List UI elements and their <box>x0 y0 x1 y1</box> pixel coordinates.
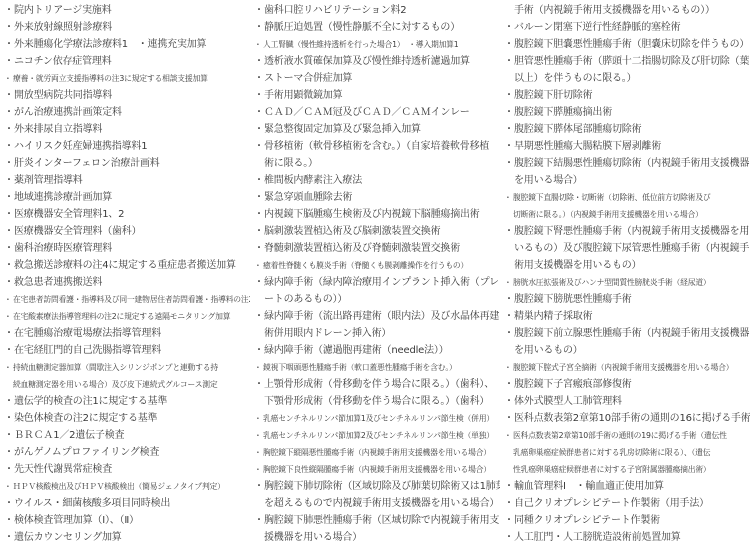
list-item-label: 術併用眼内ドレーン挿入術） <box>264 325 391 342</box>
list-item-label: 胸腔鏡下肺切除術（区域切除及び肺葉切除術又は1肺葉 <box>264 478 500 495</box>
list-item: ・医療機器安全管理料1、2 <box>4 206 250 223</box>
list-item-label: 医科点数表第2章第10部手術の通則の19に掲げる手術（遺伝性 <box>513 427 727 444</box>
list-item: 援機器を用いる場合） <box>254 529 500 544</box>
list-item-label: 胸腔鏡下肺悪性腫瘍手術（区域切除で内視鏡手術用支 <box>264 512 499 529</box>
bullet-icon: ・ <box>254 478 264 495</box>
list-item-label: ＢＲＣＡ1／2遺伝子検査 <box>14 427 124 444</box>
list-item-label: を超えるもので内視鏡手術用支援機器を用いる場合） <box>264 495 499 512</box>
bullet-icon: ・ <box>4 138 14 155</box>
bullet-icon: ・ <box>254 274 264 291</box>
list-item: ・在宅酸素療法指導管理料の注2に規定する遠隔モニタリング加算 <box>4 308 250 325</box>
list-item-label: 療養・就労両立支援指導料の注3に規定する相談支援加算 <box>13 70 208 87</box>
list-item-label: 医科点数表第2章第10部手術の通則の16に掲げる手術 <box>514 410 750 427</box>
list-item: ・緑内障手術（流出路再建術（眼内法）及び水晶体再建 <box>254 308 500 325</box>
list-item-label: 外来腫瘍化学療法診療料1 ・連携充実加算 <box>14 36 206 53</box>
bullet-icon: ・ <box>4 19 14 36</box>
list-item-label: 在宅酸素療法指導管理料の注2に規定する遠隔モニタリング加算 <box>13 308 230 325</box>
list-item: ・早期悪性腫瘍大腸粘膜下層剥離術 <box>504 138 750 155</box>
list-item-label: 続血糖測定器を用いる場合）及び皮下連続式グルコース測定 <box>13 376 218 393</box>
list-item-label: 外来放射線照射診療料 <box>14 19 112 36</box>
bullet-icon: ・ <box>4 393 14 410</box>
list-item-label: 腹腔鏡下肝切除術 <box>514 87 592 104</box>
bullet-icon: ・ <box>4 410 14 427</box>
list-item: ・腹腔鏡下膵体尾部腫瘍切除術 <box>504 121 750 138</box>
bullet-icon: ・ <box>254 512 264 529</box>
list-item: ・乳癌センチネルリンパ節加算1及びセンチネルリンパ節生検（併用） <box>254 410 500 427</box>
list-item: ・ストーマ合併症加算 <box>254 70 500 87</box>
bullet-icon: ・ <box>4 529 14 544</box>
list-item-label: 院内トリアージ実施料 <box>14 2 112 19</box>
bullet-icon: ・ <box>254 359 263 376</box>
list-item: ・ＣＡＤ／ＣＡＭ冠及びＣＡＤ／ＣＡＭインレー <box>254 104 500 121</box>
bullet-icon: ・ <box>254 138 264 155</box>
list-item: ・遺伝学的検査の注1に規定する基準 <box>4 393 250 410</box>
list-item-label: 骨移植術（軟骨移植術を含む。）（自家培養軟骨移植 <box>264 138 489 155</box>
bullet-icon: ・ <box>254 206 264 223</box>
list-item: ・先天性代謝異常症検査 <box>4 461 250 478</box>
list-item: ・椎間板内酵素注入療法 <box>254 172 500 189</box>
list-item-label: 腹腔鏡下腎悪性腫瘍手術（内視鏡手術用支援機器を用 <box>514 223 749 240</box>
list-item: ・緊急整復固定加算及び緊急挿入加算 <box>254 121 500 138</box>
list-item: ・救急患者連携搬送料 <box>4 274 250 291</box>
list-item: ・緊急穿頭血腫除去術 <box>254 189 500 206</box>
list-item-label: 脊髄刺激装置植込術及び脊髄刺激装置交換術 <box>264 240 460 257</box>
list-item: ・院内トリアージ実施料 <box>4 2 250 19</box>
bullet-icon: ・ <box>254 36 263 53</box>
list-item: ・持続血糖測定器加算（間歇注入シリンジポンプと連動する持 <box>4 359 250 376</box>
list-item-label: ストーマ合併症加算 <box>264 70 352 87</box>
list-item-label: 開放型病院共同指導料 <box>14 87 112 104</box>
list-item: ・手術用顕微鏡加算 <box>254 87 500 104</box>
bullet-icon: ・ <box>504 87 514 104</box>
list-item: ・検体検査管理加算（Ⅰ）、（Ⅱ） <box>4 512 250 529</box>
bullet-icon: ・ <box>504 495 514 512</box>
list-item-label: 自己クリオプレシピテート作製術（用手法） <box>514 495 709 512</box>
bullet-icon: ・ <box>254 53 264 70</box>
list-item-label: 人工肛門・人工膀胱造設術前処置加算 <box>514 529 681 544</box>
bullet-icon: ・ <box>254 240 264 257</box>
list-item-label: 染色体検査の注2に規定する基準 <box>14 410 157 427</box>
list-item: を超えるもので内視鏡手術用支援機器を用いる場合） <box>254 495 500 512</box>
list-item-label: 腹腔鏡下腟式子宮全摘術（内視鏡手術用支援機器を用いる場合） <box>513 359 733 376</box>
list-item-label: 膀胱水圧拡張術及びハンナ型間質性膀胱炎手術（経尿道） <box>513 274 711 291</box>
list-item-label: 性乳癌卵巣癌症候群患者に対する子宮附属器腫瘍摘出術） <box>513 461 711 478</box>
list-item: ・人工腎臓（慢性維持透析を行った場合1） ・導入期加算1 <box>254 36 500 53</box>
list-item: ・遺伝カウンセリング加算 <box>4 529 250 544</box>
bullet-icon: ・ <box>254 342 264 359</box>
bullet-icon: ・ <box>4 155 14 172</box>
list-item: ートのあるもの）） <box>254 291 500 308</box>
list-item-label: 手術用顕微鏡加算 <box>264 87 342 104</box>
list-item: ・胆管悪性腫瘍手術（膵頭十二指腸切除及び肝切除（葉 <box>504 53 750 70</box>
list-item: ・胸腔鏡下肺悪性腫瘍手術（区域切除で内視鏡手術用支 <box>254 512 500 529</box>
bullet-icon: ・ <box>504 19 514 36</box>
list-item-label: 遺伝学的検査の注1に規定する基準 <box>14 393 167 410</box>
list-item-label: がんゲノムプロファイリング検査 <box>14 444 159 461</box>
list-item: 続血糖測定器を用いる場合）及び皮下連続式グルコース測定 <box>4 376 250 393</box>
list-item: ・在宅腫瘍治療電場療法指導管理料 <box>4 325 250 342</box>
bullet-icon: ・ <box>254 121 264 138</box>
bullet-icon: ・ <box>254 444 263 461</box>
list-item: ・救急搬送診療料の注4に規定する重症患者搬送加算 <box>4 257 250 274</box>
list-item-label: がん治療連携計画策定料 <box>14 104 122 121</box>
list-item-label: ートのあるもの）） <box>264 291 347 308</box>
list-item-label: 輸血管理料Ⅰ ・輸血適正使用加算 <box>514 478 664 495</box>
bullet-icon: ・ <box>4 36 14 53</box>
list-item: ・医科点数表第2章第10部手術の通則の16に掲げる手術 <box>504 410 750 427</box>
list-item: ・歯科口腔リハビリテーション料2 <box>254 2 500 19</box>
list-item-label: 上顎骨形成術（骨移動を伴う場合に限る。）（歯科）、 <box>264 376 494 393</box>
list-item: ・胸腔鏡下良性縦隔腫瘍手術（内視鏡手術用支援機器を用いる場合） <box>254 461 500 478</box>
bullet-icon: ・ <box>254 87 264 104</box>
list-item-label: 人工腎臓（慢性維持透析を行った場合1） ・導入期加算1 <box>263 36 459 53</box>
list-item-label: 同種クリオプレシピテート作製術 <box>514 512 660 529</box>
list-item: ・自己クリオプレシピテート作製術（用手法） <box>504 495 750 512</box>
list-column-3: 手術（内視鏡手術用支援機器を用いるもの））・バルーン閉塞下逆行性経静脈的塞栓術・… <box>500 2 750 544</box>
list-item-label: 緊急穿頭血腫除去術 <box>264 189 352 206</box>
list-item: ・脊髄刺激装置植込術及び脊髄刺激装置交換術 <box>254 240 500 257</box>
list-item: ・ＢＲＣＡ1／2遺伝子検査 <box>4 427 250 444</box>
list-item: を用いるもの） <box>504 342 750 359</box>
list-item-label: 腹腔鏡下直腸切除・切断術（切除術、低位前方切除術及び <box>513 189 711 206</box>
list-item: ・緑内障手術（緑内障治療用インプラント挿入術（プレ <box>254 274 500 291</box>
list-item-label: 外来排尿自立指導料 <box>14 121 102 138</box>
list-item-label: ＨＰＶ核酸検出及びＨＰＶ核酸検出（簡易ジェノタイプ判定） <box>13 478 225 495</box>
list-item-label: 在宅腫瘍治療電場療法指導管理料 <box>14 325 161 342</box>
list-item-label: 以上）を伴うものに限る。） <box>514 70 636 87</box>
list-item-label: 救急患者連携搬送料 <box>14 274 102 291</box>
bullet-icon: ・ <box>504 223 514 240</box>
list-item: ・静脈圧迫処置（慢性静脈不全に対するもの） <box>254 19 500 36</box>
bullet-icon: ・ <box>254 172 264 189</box>
list-item: ・腹腔鏡下膀胱悪性腫瘍手術 <box>504 291 750 308</box>
list-item-label: 腹腔鏡下胆嚢悪性腫瘍手術（胆嚢床切除を伴うもの） <box>514 36 749 53</box>
bullet-icon: ・ <box>4 223 14 240</box>
list-item: ・外来放射線照射診療料 <box>4 19 250 36</box>
list-item: ・在宅患者訪問看護・指導料及び同一建物居住者訪問看護・指導料の注2 <box>4 291 250 308</box>
list-item: ・がん治療連携計画策定料 <box>4 104 250 121</box>
bullet-icon: ・ <box>504 512 514 529</box>
list-item: ・外来排尿自立指導料 <box>4 121 250 138</box>
bullet-icon: ・ <box>4 359 13 376</box>
list-item: ・腹腔鏡下腎悪性腫瘍手術（内視鏡手術用支援機器を用 <box>504 223 750 240</box>
list-item-label: ウイルス・細菌核酸多項目同時検出 <box>14 495 170 512</box>
list-item-label: 遺伝カウンセリング加算 <box>14 529 122 544</box>
list-item: ・輸血管理料Ⅰ ・輸血適正使用加算 <box>504 478 750 495</box>
bullet-icon: ・ <box>4 87 14 104</box>
list-item: 手術（内視鏡手術用支援機器を用いるもの）） <box>504 2 750 19</box>
bullet-icon: ・ <box>504 104 514 121</box>
list-item-label: 手術（内視鏡手術用支援機器を用いるもの）） <box>514 2 715 19</box>
list-item-label: 援機器を用いる場合） <box>264 529 362 544</box>
list-item-label: 先天性代謝異常症検査 <box>14 461 112 478</box>
list-item-label: 緊急整復固定加算及び緊急挿入加算 <box>264 121 421 138</box>
bullet-icon: ・ <box>504 427 513 444</box>
bullet-icon: ・ <box>4 427 14 444</box>
list-item-label: 緑内障手術（流出路再建術（眼内法）及び水晶体再建 <box>264 308 499 325</box>
bullet-icon: ・ <box>254 70 264 87</box>
bullet-icon: ・ <box>4 274 14 291</box>
bullet-icon: ・ <box>504 189 513 206</box>
list-item: 性乳癌卵巣癌症候群患者に対する子宮附属器腫瘍摘出術） <box>504 461 750 478</box>
list-item: ・ニコチン依存症管理料 <box>4 53 250 70</box>
list-item: ・歯科治療時医療管理料 <box>4 240 250 257</box>
list-item-label: 胸腔鏡下良性縦隔腫瘍手術（内視鏡手術用支援機器を用いる場合） <box>263 461 491 478</box>
bullet-icon: ・ <box>4 172 14 189</box>
bullet-icon: ・ <box>504 393 514 410</box>
bullet-icon: ・ <box>254 308 264 325</box>
bullet-icon: ・ <box>504 36 514 53</box>
list-item-label: 在宅患者訪問看護・指導料及び同一建物居住者訪問看護・指導料の注2 <box>13 291 250 308</box>
bullet-icon: ・ <box>504 529 514 544</box>
bullet-icon: ・ <box>504 376 514 393</box>
list-item: ・がんゲノムプロファイリング検査 <box>4 444 250 461</box>
list-item: ・腹腔鏡下直腸切除・切断術（切除術、低位前方切除術及び <box>504 189 750 206</box>
bullet-icon: ・ <box>254 189 264 206</box>
bullet-icon: ・ <box>4 70 13 87</box>
list-item-label: 癒着性脊髄くも膜炎手術（脊髄くも膜剥離操作を行うもの） <box>263 257 468 274</box>
list-item: 下顎骨形成術（骨移動を伴う場合に限る。）（歯科） <box>254 393 500 410</box>
list-item: ・在宅経肛門的自己洗腸指導管理料 <box>4 342 250 359</box>
list-item-label: いるもの）及び腹腔鏡下尿管悪性腫瘍手術（内視鏡手 <box>514 240 749 257</box>
bullet-icon: ・ <box>254 427 263 444</box>
list-item: ・精巣内精子採取術 <box>504 308 750 325</box>
bullet-icon: ・ <box>504 274 513 291</box>
bullet-icon: ・ <box>4 206 14 223</box>
list-item-label: 腹腔鏡下前立腺悪性腫瘍手術（内視鏡手術用支援機器 <box>514 325 749 342</box>
bullet-icon: ・ <box>254 376 264 393</box>
list-column-2: ・歯科口腔リハビリテーション料2・静脈圧迫処置（慢性静脈不全に対するもの）・人工… <box>250 2 500 544</box>
list-item: 切断術に限る。）（内視鏡手術用支援機器を用いる場合） <box>504 206 750 223</box>
list-item: ・腹腔鏡下結腸悪性腫瘍切除術（内視鏡手術用支援機器 <box>504 155 750 172</box>
list-item: ・腹腔鏡下子宮瘢痕部修復術 <box>504 376 750 393</box>
bullet-icon: ・ <box>4 189 14 206</box>
list-item: ・胸腔鏡下肺切除術（区域切除及び肺葉切除術又は1肺葉 <box>254 478 500 495</box>
bullet-icon: ・ <box>504 155 514 172</box>
bullet-icon: ・ <box>4 121 14 138</box>
list-item-label: 脳刺激装置植込術及び脳刺激装置交換術 <box>264 223 440 240</box>
list-item: ・鏡視下咽頭悪性腫瘍手術（軟口蓋悪性腫瘍手術を含む。） <box>254 359 500 376</box>
bullet-icon: ・ <box>4 2 14 19</box>
list-item: 術に限る。） <box>254 155 500 172</box>
list-item-label: ニコチン依存症管理料 <box>14 53 112 70</box>
bullet-icon: ・ <box>4 444 14 461</box>
list-item-label: を用いる場合） <box>514 172 583 189</box>
bullet-icon: ・ <box>4 240 14 257</box>
list-item-label: 緑内障手術（濾過胞再建術（needle法）） <box>264 342 449 359</box>
list-item: ・ウイルス・細菌核酸多項目同時検出 <box>4 495 250 512</box>
list-item: 乳癌卵巣癌症候群患者に対する乳房切除術に限る）、（遺伝 <box>504 444 750 461</box>
list-item-label: 医療機器安全管理料（歯科） <box>14 223 141 240</box>
list-item: 以上）を伴うものに限る。） <box>504 70 750 87</box>
list-item-label: 救急搬送診療料の注4に規定する重症患者搬送加算 <box>14 257 236 274</box>
list-item: ・腹腔鏡下前立腺悪性腫瘍手術（内視鏡手術用支援機器 <box>504 325 750 342</box>
bullet-icon: ・ <box>4 104 14 121</box>
list-item-label: を用いるもの） <box>514 342 583 359</box>
list-item-label: 乳癌センチネルリンパ節加算1及びセンチネルリンパ節生検（併用） <box>263 410 494 427</box>
bullet-icon: ・ <box>504 308 514 325</box>
list-item: ・染色体検査の注2に規定する基準 <box>4 410 250 427</box>
list-item: ・腹腔鏡下腟式子宮全摘術（内視鏡手術用支援機器を用いる場合） <box>504 359 750 376</box>
list-item: ・上顎骨形成術（骨移動を伴う場合に限る。）（歯科）、 <box>254 376 500 393</box>
list-item-label: 椎間板内酵素注入療法 <box>264 172 362 189</box>
list-item-label: 医療機器安全管理料1、2 <box>14 206 124 223</box>
list-item-label: 鏡視下咽頭悪性腫瘍手術（軟口蓋悪性腫瘍手術を含む。） <box>263 359 457 376</box>
list-item: 術用支援機器を用いるもの） <box>504 257 750 274</box>
list-item-label: 緑内障手術（緑内障治療用インプラント挿入術（プレ <box>264 274 499 291</box>
bullet-icon: ・ <box>4 291 13 308</box>
list-item: ・地域連携診療計画加算 <box>4 189 250 206</box>
list-item: ・内視鏡下脳腫瘍生検術及び内視鏡下脳腫瘍摘出術 <box>254 206 500 223</box>
list-item-label: 術用支援機器を用いるもの） <box>514 257 641 274</box>
bullet-icon: ・ <box>254 19 264 36</box>
list-item-label: 下顎骨形成術（骨移動を伴う場合に限る。）（歯科） <box>264 393 489 410</box>
list-item: ・肝炎インターフェロン治療計画料 <box>4 155 250 172</box>
bullet-icon: ・ <box>4 461 14 478</box>
list-item: ・胸腔鏡下縦隔悪性腫瘍手術（内視鏡手術用支援機器を用いる場合） <box>254 444 500 461</box>
list-item: ・ハイリスク妊産婦連携指導料1 <box>4 138 250 155</box>
bullet-icon: ・ <box>504 53 514 70</box>
list-item-label: 腹腔鏡下結腸悪性腫瘍切除術（内視鏡手術用支援機器 <box>514 155 749 172</box>
list-item: いるもの）及び腹腔鏡下尿管悪性腫瘍手術（内視鏡手 <box>504 240 750 257</box>
list-item: ・透析液水質確保加算及び慢性維持透析濾過加算 <box>254 53 500 70</box>
list-item: ・医科点数表第2章第10部手術の通則の19に掲げる手術（遺伝性 <box>504 427 750 444</box>
bullet-icon: ・ <box>504 359 513 376</box>
list-item-label: 地域連携診療計画加算 <box>14 189 112 206</box>
list-item: ・癒着性脊髄くも膜炎手術（脊髄くも膜剥離操作を行うもの） <box>254 257 500 274</box>
bullet-icon: ・ <box>4 495 14 512</box>
bullet-icon: ・ <box>4 325 14 342</box>
bullet-icon: ・ <box>254 2 264 19</box>
list-item-label: 薬剤管理指導料 <box>14 172 83 189</box>
bullet-icon: ・ <box>254 104 264 121</box>
bullet-icon: ・ <box>504 410 514 427</box>
list-item: ・療養・就労両立支援指導料の注3に規定する相談支援加算 <box>4 70 250 87</box>
bullet-icon: ・ <box>4 308 13 325</box>
bullet-icon: ・ <box>4 257 14 274</box>
list-item: ・腹腔鏡下膵腫瘍摘出術 <box>504 104 750 121</box>
list-item-label: 腹腔鏡下膵体尾部腫瘍切除術 <box>514 121 641 138</box>
list-item: ・腹腔鏡下肝切除術 <box>504 87 750 104</box>
list-item-label: 検体検査管理加算（Ⅰ）、（Ⅱ） <box>14 512 139 529</box>
list-item-label: 体外式膜型人工肺管理料 <box>514 393 622 410</box>
list-item-label: 胆管悪性腫瘍手術（膵頭十二指腸切除及び肝切除（葉 <box>514 53 749 70</box>
list-item-label: ハイリスク妊産婦連携指導料1 <box>14 138 147 155</box>
bullet-icon: ・ <box>254 223 264 240</box>
bullet-icon: ・ <box>254 461 263 478</box>
list-item-label: 胸腔鏡下縦隔悪性腫瘍手術（内視鏡手術用支援機器を用いる場合） <box>263 444 491 461</box>
list-column-1: ・院内トリアージ実施料・外来放射線照射診療料・外来腫瘍化学療法診療料1 ・連携充… <box>0 2 250 544</box>
bullet-icon: ・ <box>4 478 13 495</box>
list-item: ・外来腫瘍化学療法診療料1 ・連携充実加算 <box>4 36 250 53</box>
list-item: ・乳癌センチネルリンパ節加算2及びセンチネルリンパ節生検（単独） <box>254 427 500 444</box>
bullet-icon: ・ <box>504 121 514 138</box>
list-item-label: 内視鏡下脳腫瘍生検術及び内視鏡下脳腫瘍摘出術 <box>264 206 480 223</box>
list-item: ・同種クリオプレシピテート作製術 <box>504 512 750 529</box>
list-item: ・膀胱水圧拡張術及びハンナ型間質性膀胱炎手術（経尿道） <box>504 274 750 291</box>
list-item-label: ＣＡＤ／ＣＡＭ冠及びＣＡＤ／ＣＡＭインレー <box>264 104 470 121</box>
list-item-label: 術に限る。） <box>264 155 318 172</box>
list-item-label: 精巣内精子採取術 <box>514 308 592 325</box>
list-item: ・薬剤管理指導料 <box>4 172 250 189</box>
bullet-icon: ・ <box>504 138 514 155</box>
list-item: ・人工肛門・人工膀胱造設術前処置加算 <box>504 529 750 544</box>
bullet-icon: ・ <box>504 325 514 342</box>
list-item: ・骨移植術（軟骨移植術を含む。）（自家培養軟骨移植 <box>254 138 500 155</box>
list-item-label: 肝炎インターフェロン治療計画料 <box>14 155 160 172</box>
bullet-icon: ・ <box>504 291 514 308</box>
bullet-icon: ・ <box>504 478 514 495</box>
list-item-label: 腹腔鏡下膀胱悪性腫瘍手術 <box>514 291 632 308</box>
list-item-label: 在宅経肛門的自己洗腸指導管理料 <box>14 342 161 359</box>
list-item: ・医療機器安全管理料（歯科） <box>4 223 250 240</box>
list-item: ・バルーン閉塞下逆行性経静脈的塞栓術 <box>504 19 750 36</box>
bullet-icon: ・ <box>4 512 14 529</box>
list-item: ・開放型病院共同指導料 <box>4 87 250 104</box>
list-item-label: 早期悪性腫瘍大腸粘膜下層剥離術 <box>514 138 661 155</box>
bullet-icon: ・ <box>254 257 263 274</box>
list-item-label: 乳癌センチネルリンパ節加算2及びセンチネルリンパ節生検（単独） <box>263 427 494 444</box>
list-item-label: 透析液水質確保加算及び慢性維持透析濾過加算 <box>264 53 470 70</box>
bullet-icon: ・ <box>254 410 263 427</box>
list-item-label: 腹腔鏡下子宮瘢痕部修復術 <box>514 376 632 393</box>
list-item-label: 腹腔鏡下膵腫瘍摘出術 <box>514 104 612 121</box>
list-item: ・脳刺激装置植込術及び脳刺激装置交換術 <box>254 223 500 240</box>
document-page: ・院内トリアージ実施料・外来放射線照射診療料・外来腫瘍化学療法診療料1 ・連携充… <box>0 0 750 544</box>
list-item-label: 持続血糖測定器加算（間歇注入シリンジポンプと連動する持 <box>13 359 218 376</box>
list-item: ・緑内障手術（濾過胞再建術（needle法）） <box>254 342 500 359</box>
list-item-label: バルーン閉塞下逆行性経静脈的塞栓術 <box>514 19 680 36</box>
list-item-label: 乳癌卵巣癌症候群患者に対する乳房切除術に限る）、（遺伝 <box>513 444 710 461</box>
list-item-label: 歯科口腔リハビリテーション料2 <box>264 2 406 19</box>
list-item: ・ＨＰＶ核酸検出及びＨＰＶ核酸検出（簡易ジェノタイプ判定） <box>4 478 250 495</box>
list-item: ・体外式膜型人工肺管理料 <box>504 393 750 410</box>
list-item-label: 静脈圧迫処置（慢性静脈不全に対するもの） <box>264 19 460 36</box>
list-item: を用いる場合） <box>504 172 750 189</box>
list-item-label: 切断術に限る。）（内視鏡手術用支援機器を用いる場合） <box>513 206 703 223</box>
list-item-label: 歯科治療時医療管理料 <box>14 240 112 257</box>
bullet-icon: ・ <box>4 53 14 70</box>
bullet-icon: ・ <box>4 342 14 359</box>
list-item: 術併用眼内ドレーン挿入術） <box>254 325 500 342</box>
list-item: ・腹腔鏡下胆嚢悪性腫瘍手術（胆嚢床切除を伴うもの） <box>504 36 750 53</box>
